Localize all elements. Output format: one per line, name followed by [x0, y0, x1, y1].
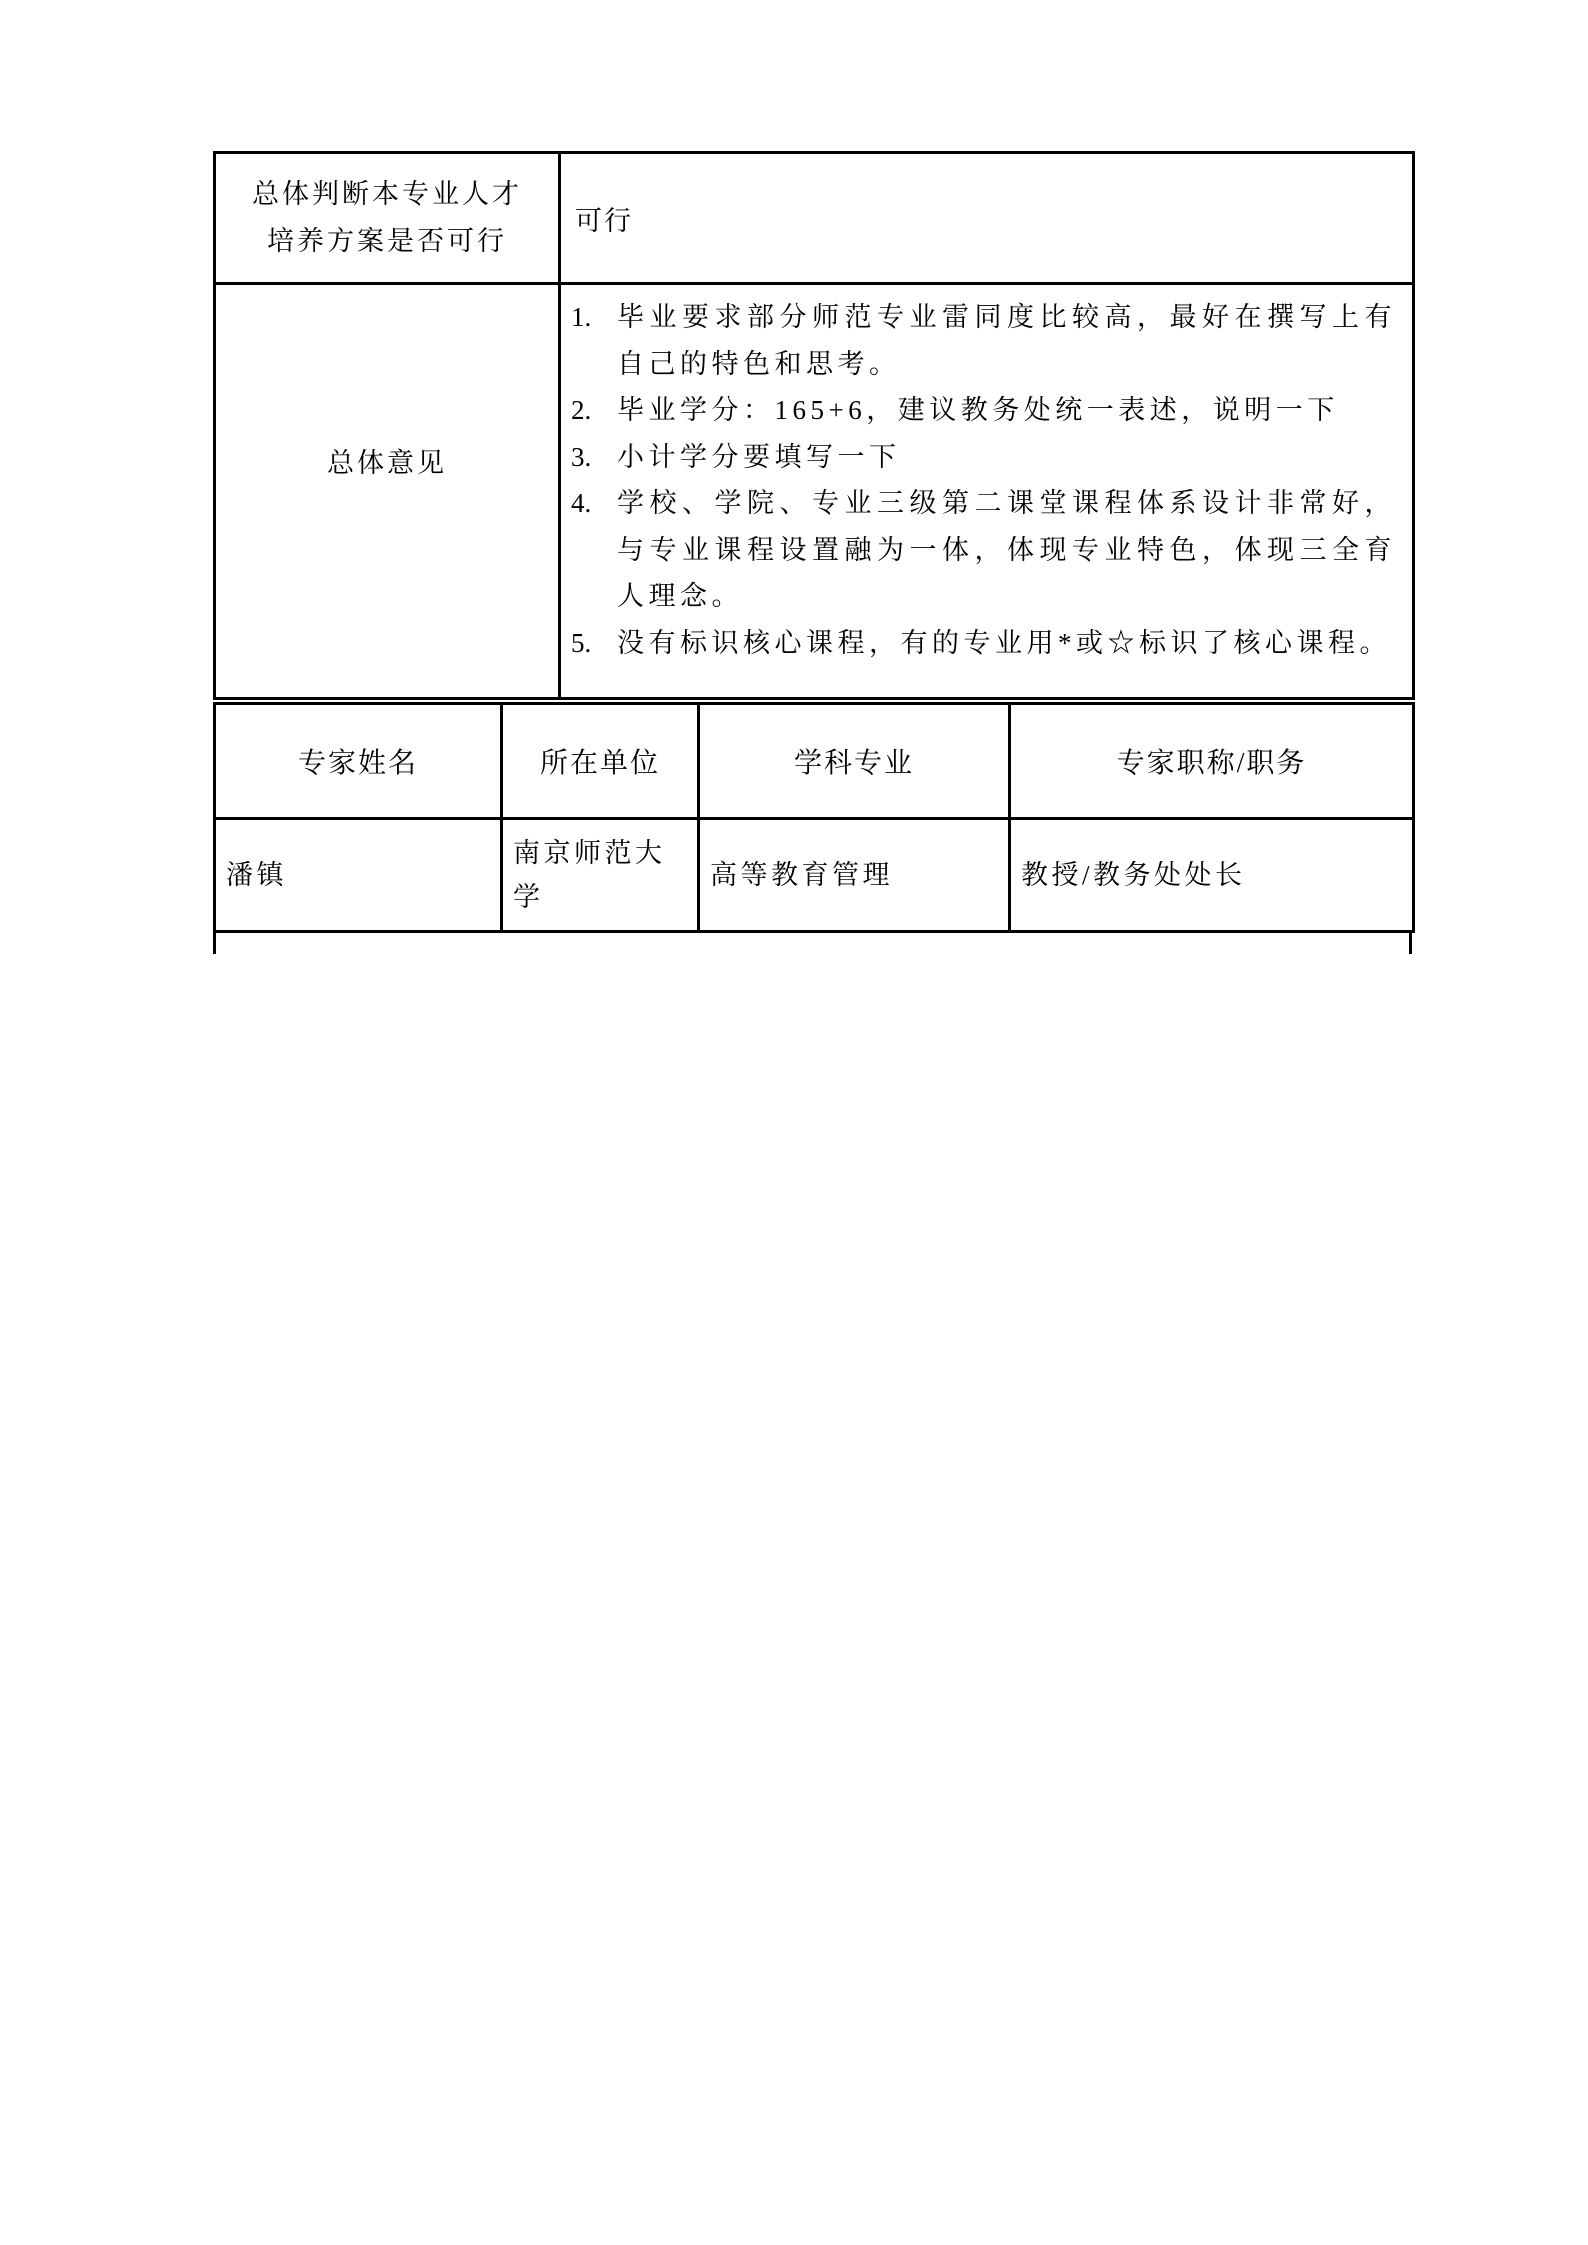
feasibility-label-line2: 培养方案是否可行	[216, 218, 558, 265]
expert-institution-cell: 南京师范大学	[502, 819, 699, 932]
overall-opinion-label-cell: 总体意见	[215, 284, 560, 699]
experts-header-row: 专家姓名 所在单位 学科专业 专家职称/职务	[215, 704, 1414, 819]
header-discipline: 学科专业	[699, 704, 1010, 819]
opinion-item-number: 1.	[571, 294, 617, 387]
overall-opinion-row: 总体意见 1. 毕业要求部分师范专业雷同度比较高，最好在撰写上有自己的特色和思考…	[215, 284, 1414, 699]
opinion-item-text: 学校、学院、专业三级第二课堂课程体系设计非常好，与专业课程设置融为一体，体现专业…	[617, 480, 1396, 620]
opinion-item: 2. 毕业学分：165+6，建议教务处统一表述，说明一下	[571, 387, 1396, 434]
opinion-item-text: 毕业学分：165+6，建议教务处统一表述，说明一下	[617, 387, 1396, 434]
feasibility-row: 总体判断本专业人才 培养方案是否可行 可行	[215, 153, 1414, 284]
header-title-position: 专家职称/职务	[1010, 704, 1414, 819]
feasibility-label-cell: 总体判断本专业人才 培养方案是否可行	[215, 153, 560, 284]
opinion-item: 4. 学校、学院、专业三级第二课堂课程体系设计非常好，与专业课程设置融为一体，体…	[571, 480, 1396, 620]
opinion-item-number: 4.	[571, 480, 617, 620]
opinion-item: 3. 小计学分要填写一下	[571, 434, 1396, 481]
next-row-partial	[213, 933, 1412, 954]
expert-title-cell: 教授/教务处处长	[1010, 819, 1414, 932]
feasibility-value-cell: 可行	[560, 153, 1414, 284]
opinion-item-number: 3.	[571, 434, 617, 481]
opinion-item-text: 毕业要求部分师范专业雷同度比较高，最好在撰写上有自己的特色和思考。	[617, 294, 1396, 387]
opinion-list-cell: 1. 毕业要求部分师范专业雷同度比较高，最好在撰写上有自己的特色和思考。 2. …	[560, 284, 1414, 699]
review-form: 总体判断本专业人才 培养方案是否可行 可行 总体意见 1. 毕业要求部分师范专业…	[213, 151, 1412, 954]
expert-data-row: 潘镇 南京师范大学 高等教育管理 教授/教务处处长	[215, 819, 1414, 932]
opinion-item-text: 没有标识核心课程，有的专业用*或☆标识了核心课程。	[617, 620, 1396, 667]
feasibility-value: 可行	[575, 206, 633, 236]
opinion-item-number: 2.	[571, 387, 617, 434]
opinion-item-number: 5.	[571, 620, 617, 667]
expert-discipline-cell: 高等教育管理	[699, 819, 1010, 932]
opinion-item: 1. 毕业要求部分师范专业雷同度比较高，最好在撰写上有自己的特色和思考。	[571, 294, 1396, 387]
expert-name-cell: 潘镇	[215, 819, 502, 932]
opinion-item-text: 小计学分要填写一下	[617, 434, 1396, 481]
opinion-item: 5. 没有标识核心课程，有的专业用*或☆标识了核心课程。	[571, 620, 1396, 667]
overall-opinion-label: 总体意见	[327, 448, 447, 478]
overall-assessment-table: 总体判断本专业人才 培养方案是否可行 可行 总体意见 1. 毕业要求部分师范专业…	[213, 151, 1415, 700]
experts-table: 专家姓名 所在单位 学科专业 专家职称/职务 潘镇 南京师范大学 高等教育管理 …	[213, 702, 1415, 933]
feasibility-label-line1: 总体判断本专业人才	[216, 171, 558, 218]
header-institution: 所在单位	[502, 704, 699, 819]
header-expert-name: 专家姓名	[215, 704, 502, 819]
document-page: { "page": { "background_color": "#ffffff…	[0, 0, 1588, 2245]
